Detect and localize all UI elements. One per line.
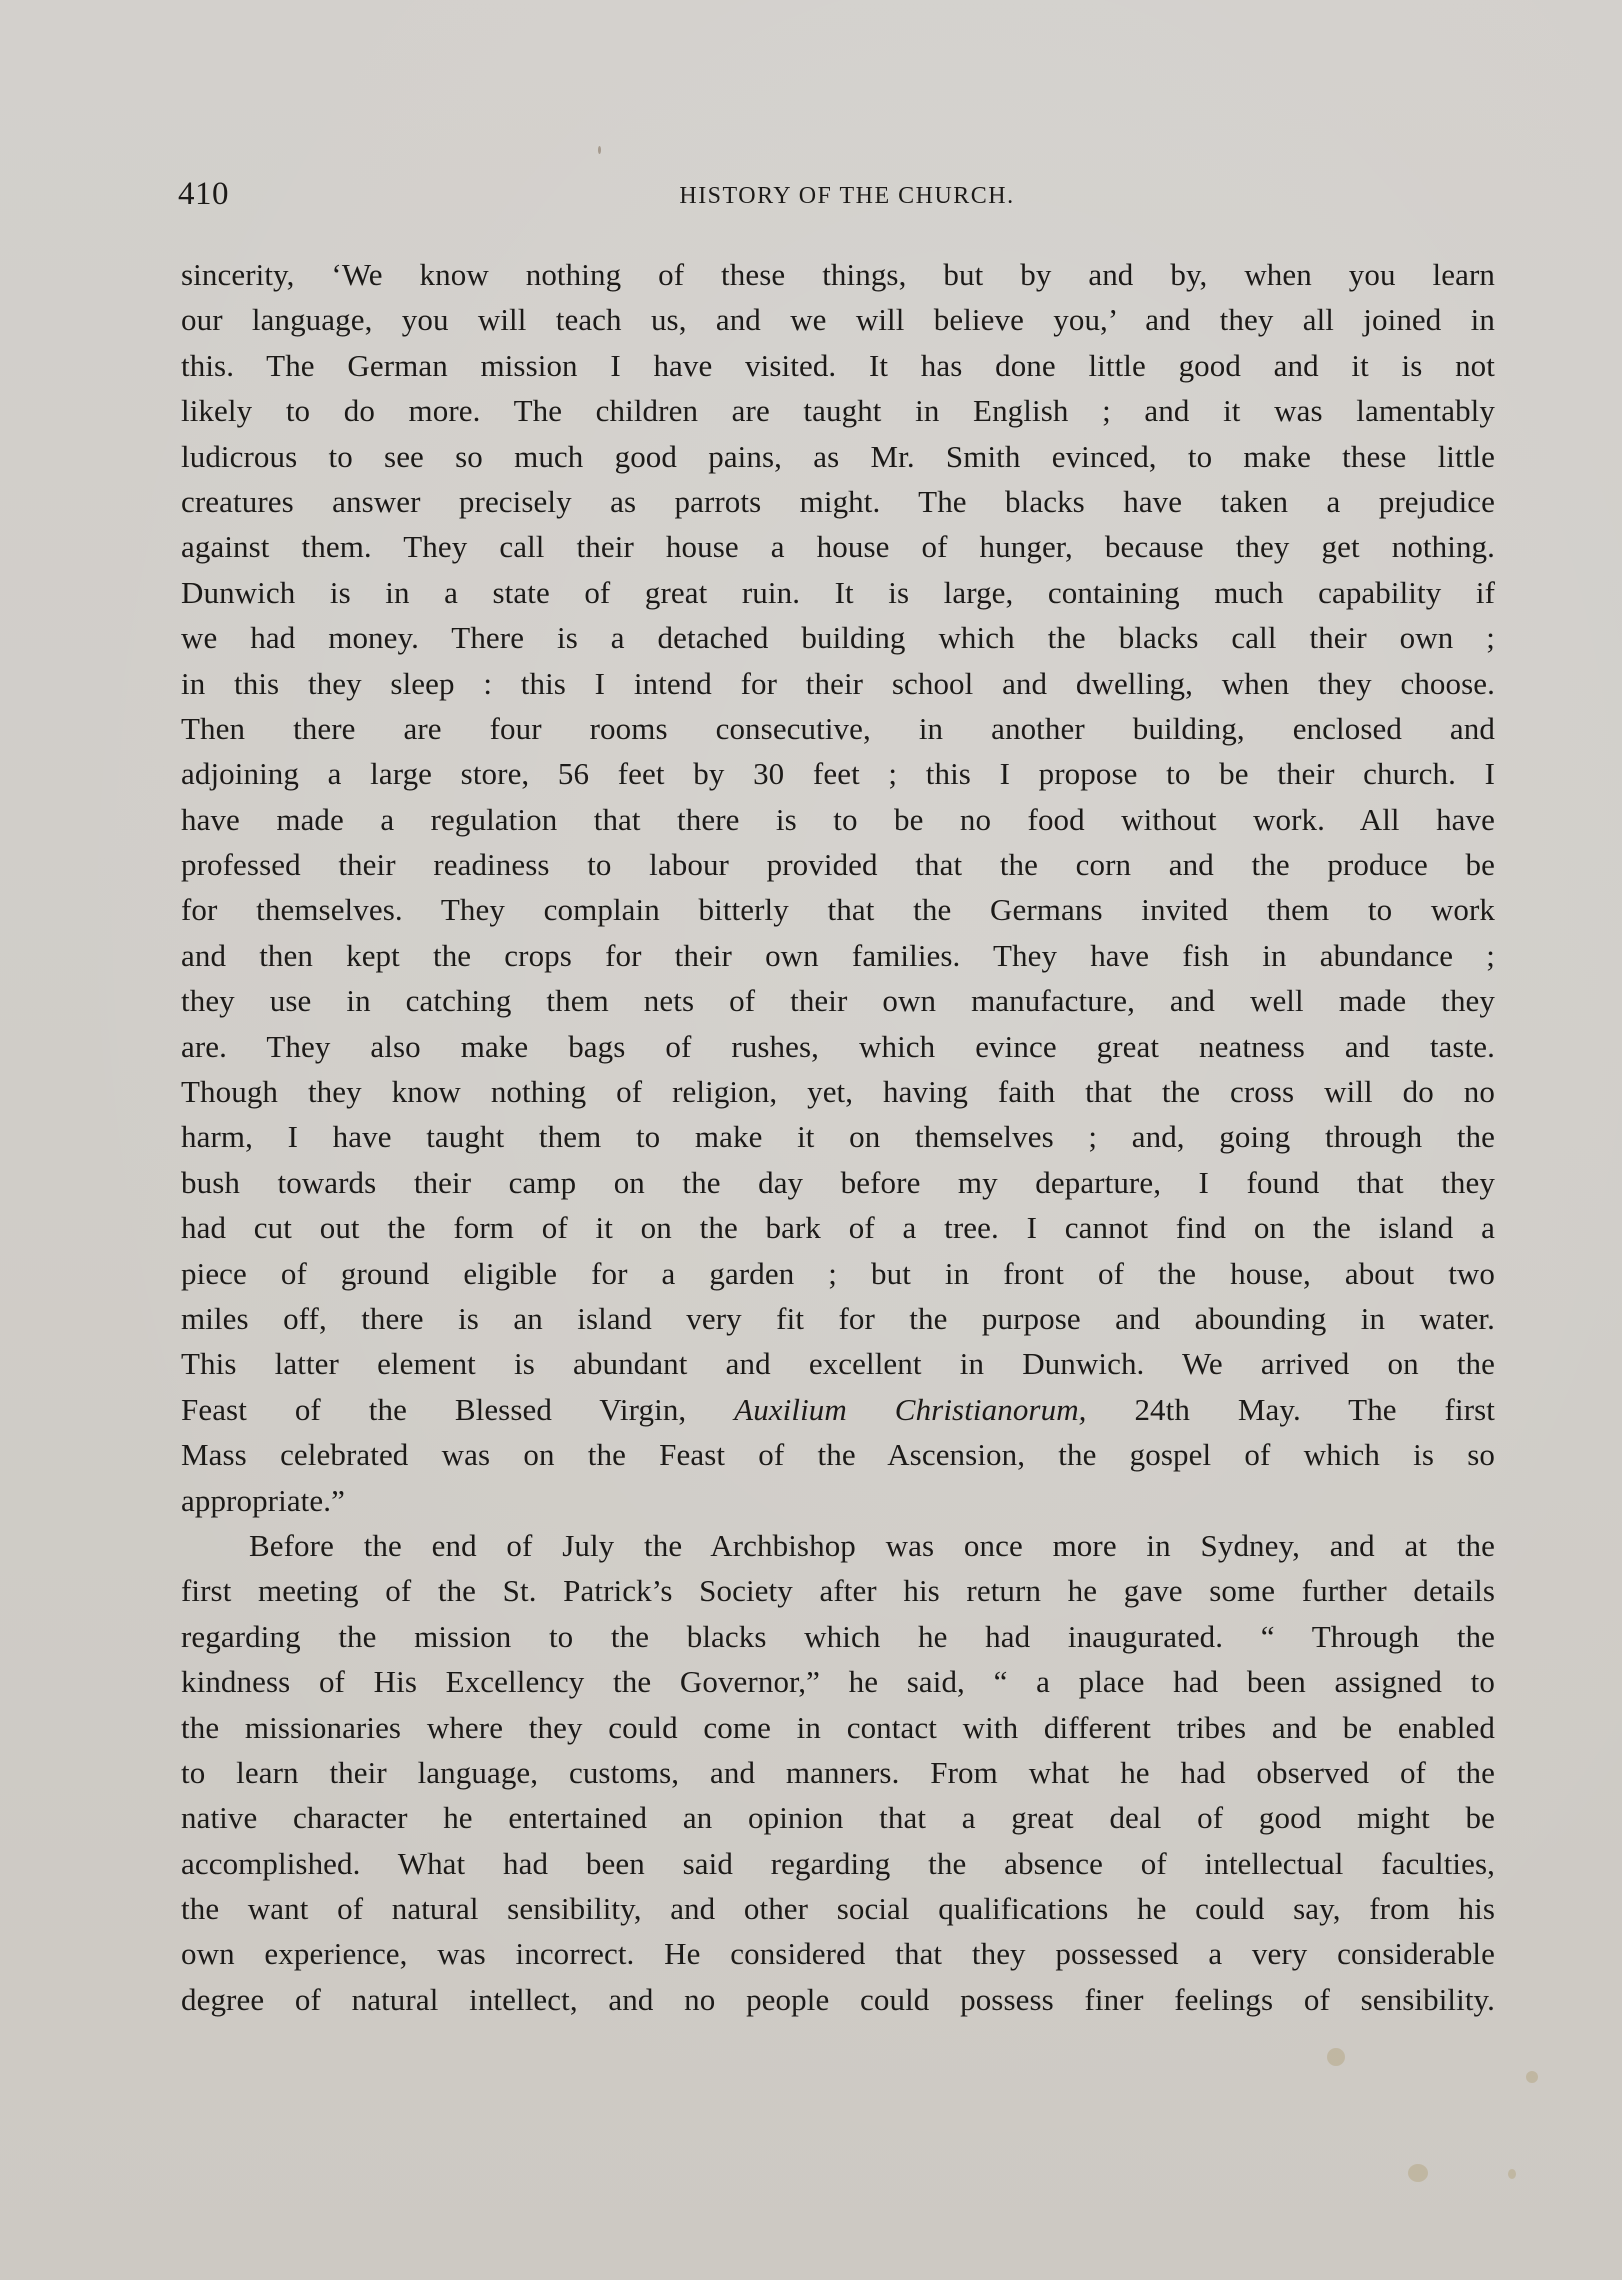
text-line: we had money. There is a detached buildi…: [181, 615, 1495, 660]
text-line: had cut out the form of it on the bark o…: [181, 1205, 1495, 1250]
text-line: own experience, was incorrect. He consid…: [181, 1931, 1495, 1976]
text-line-paragraph-end: appropriate.”: [181, 1478, 1495, 1523]
book-page: 410 HISTORY OF THE CHURCH. sincerity, ‘W…: [0, 0, 1622, 2280]
foxing-spot: [598, 146, 601, 154]
text-line: and then kept the crops for their own fa…: [181, 933, 1495, 978]
text-line: first meeting of the St. Patrick’s Socie…: [181, 1568, 1495, 1613]
text-line: our language, you will teach us, and we …: [181, 297, 1495, 342]
text-line: This latter element is abundant and exce…: [181, 1341, 1495, 1386]
text-line: have made a regulation that there is to …: [181, 797, 1495, 842]
text-line: creatures answer precisely as parrots mi…: [181, 479, 1495, 524]
text-line: harm, I have taught them to make it on t…: [181, 1114, 1495, 1159]
text-line: ludicrous to see so much good pains, as …: [181, 434, 1495, 479]
text-run: 24th May. The first: [1087, 1392, 1495, 1427]
foxing-spot: [1327, 2048, 1345, 2066]
paragraph-1: sincerity, ‘We know nothing of these thi…: [181, 252, 1495, 1523]
text-line: they use in catching them nets of their …: [181, 978, 1495, 1023]
text-line: Dunwich is in a state of great ruin. It …: [181, 570, 1495, 615]
running-head: 410 HISTORY OF THE CHURCH.: [178, 172, 1496, 216]
text-line: against them. They call their house a ho…: [181, 524, 1495, 569]
text-line: regarding the mission to the blacks whic…: [181, 1614, 1495, 1659]
text-line: in this they sleep : this I intend for t…: [181, 661, 1495, 706]
text-line: are. They also make bags of rushes, whic…: [181, 1024, 1495, 1069]
text-line: sincerity, ‘We know nothing of these thi…: [181, 252, 1495, 297]
foxing-spot: [1408, 2164, 1428, 2182]
text-line-paragraph-start: Before the end of July the Archbishop wa…: [181, 1523, 1495, 1568]
text-line: to learn their language, customs, and ma…: [181, 1750, 1495, 1795]
text-line: adjoining a large store, 56 feet by 30 f…: [181, 751, 1495, 796]
text-line: bush towards their camp on the day befor…: [181, 1160, 1495, 1205]
text-line: likely to do more. The children are taug…: [181, 388, 1495, 433]
text-line: native character he entertained an opini…: [181, 1795, 1495, 1840]
text-line: piece of ground eligible for a garden ; …: [181, 1251, 1495, 1296]
running-title: HISTORY OF THE CHURCH.: [178, 174, 1496, 218]
text-line: Though they know nothing of religion, ye…: [181, 1069, 1495, 1114]
body-text: sincerity, ‘We know nothing of these thi…: [181, 252, 1495, 2022]
text-line: degree of natural intellect, and no peop…: [181, 1977, 1495, 2022]
text-line: kindness of His Excellency the Governor,…: [181, 1659, 1495, 1704]
latin-title-italic: Auxilium Christianorum,: [734, 1392, 1086, 1427]
text-line: Mass celebrated was on the Feast of the …: [181, 1432, 1495, 1477]
text-line: this. The German mission I have visited.…: [181, 343, 1495, 388]
foxing-spot: [1526, 2071, 1538, 2083]
text-line: accomplished. What had been said regardi…: [181, 1841, 1495, 1886]
text-line: miles off, there is an island very fit f…: [181, 1296, 1495, 1341]
text-line: for themselves. They complain bitterly t…: [181, 887, 1495, 932]
text-line: professed their readiness to labour prov…: [181, 842, 1495, 887]
text-run: Feast of the Blessed Virgin,: [181, 1392, 734, 1427]
text-line: Then there are four rooms consecutive, i…: [181, 706, 1495, 751]
foxing-spot: [1508, 2169, 1516, 2179]
text-line-with-italic: Feast of the Blessed Virgin, Auxilium Ch…: [181, 1387, 1495, 1432]
text-line: the want of natural sensibility, and oth…: [181, 1886, 1495, 1931]
text-line: the missionaries where they could come i…: [181, 1705, 1495, 1750]
paragraph-2: Before the end of July the Archbishop wa…: [181, 1523, 1495, 2022]
